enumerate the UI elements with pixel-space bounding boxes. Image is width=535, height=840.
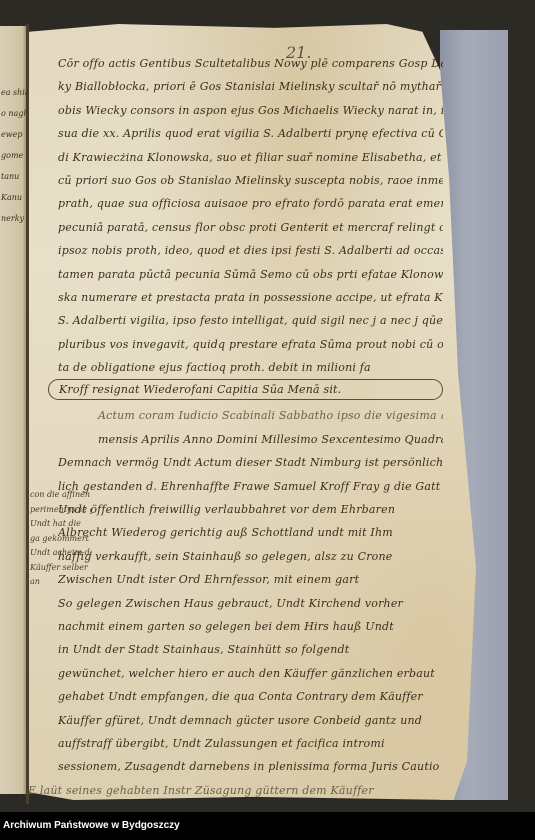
text-line: Zwischen Undt ister Ord Ehrnfessor, mit … — [58, 568, 443, 591]
text-line: prath, quae sua officiosa auisaoe pro ef… — [58, 192, 443, 215]
fragment: ewep — [1, 124, 27, 145]
text-line: Albrecht Wiederog gerichtig auß Schottla… — [58, 521, 443, 544]
margin-note: Undt hat die — [30, 517, 92, 532]
text-line: gehabet Undt empfangen, die qua Conta Co… — [58, 685, 443, 708]
margin-note: an — [30, 575, 92, 590]
text-line: gewünchet, welcher hiero er auch den Käu… — [58, 662, 443, 685]
text-line: E laüt seines gehabten Instr Züsagung gü… — [28, 779, 443, 802]
text-line: Undt öffentlich freiwillig verlaubbahret… — [58, 498, 443, 521]
text-line: ta de obligatione ejus factioq proth. de… — [58, 356, 443, 379]
text-line: ipsoz nobis proth, ideo, quod et dies ip… — [58, 239, 443, 262]
margin-note: ga gekommert — [30, 532, 92, 547]
text-line: di Krawiecżina Klonowska, suo et filiar … — [58, 146, 443, 169]
manuscript-text: Cōr offo actis Gentibus Scultetalibus No… — [58, 52, 443, 802]
text-line: S. Adalberti vigilia, ipso festo intelli… — [58, 309, 443, 332]
manuscript-scan: ea shia o nagha ewep gome tanu Kanu nerk… — [0, 0, 535, 812]
text-line: Actum coram Iudicio Scabinali Sabbatho i… — [58, 404, 443, 427]
margin-note: Käuffer selber — [30, 561, 92, 576]
text-line: haffig verkaufft, sein Stainhauß so gele… — [58, 545, 443, 568]
text-line: auffstraff übergibt, Undt Zulassungen et… — [58, 732, 443, 755]
margin-note: con die affinen — [30, 488, 92, 503]
book-gutter — [26, 24, 29, 804]
text-line: pluribus vos invegavit, quidq prestare e… — [58, 333, 443, 356]
text-line: ky Biallobłocka, priori ē Gos Stanislai … — [58, 75, 443, 98]
fragment: o nagha — [1, 103, 27, 124]
resignation-note: Kroff resignat Wiederofani Capitia Sūa M… — [48, 379, 443, 400]
fragment: gome — [1, 145, 27, 166]
text-line: obis Wiecky consors in aspon ejus Gos Mi… — [58, 99, 443, 122]
text-line: tamen parata pūctā pecunia Sūmā Semo cū … — [58, 263, 443, 286]
margin-notes: con die affinen perimentys se ge Undt ha… — [30, 488, 92, 590]
archive-caption: Archiwum Państwowe w Bydgoszczy — [3, 820, 180, 831]
margin-note: perimentys se ge — [30, 503, 92, 518]
text-line: in Undt der Stadt Stainhaus, Stainhütt s… — [58, 638, 443, 661]
text-line: cū priori suo Gos ob Stanislao Mielinsky… — [58, 169, 443, 192]
text-line: Cōr offo actis Gentibus Scultetalibus No… — [58, 52, 443, 75]
caption-bar: Archiwum Państwowe w Bydgoszczy — [0, 812, 535, 840]
text-line: ska numerare et prestacta prata in posse… — [58, 286, 443, 309]
fragment: Kanu — [1, 187, 27, 208]
previous-page-text: ea shia o nagha ewep gome tanu Kanu nerk… — [1, 82, 27, 229]
text-line: nachmit einem garten so gelegen bei dem … — [58, 615, 443, 638]
text-line: lich gestanden d. Ehrenhaffte Frawe Samu… — [58, 475, 443, 498]
text-line: sessionem, Zusagendt darnebens in plenis… — [58, 755, 443, 778]
fragment: ea shia — [1, 82, 27, 103]
margin-note: Undt acheim der — [30, 546, 92, 561]
text-line: sua die xx. Aprilis quod erat vigilia S.… — [58, 122, 443, 145]
previous-page-edge: ea shia o nagha ewep gome tanu Kanu nerk… — [0, 26, 28, 794]
fragment: tanu — [1, 166, 27, 187]
text-line: pecuniā paratā, census flor obsc proti G… — [58, 216, 443, 239]
text-line: Käuffer gfüret, Undt demnach gücter usor… — [58, 709, 443, 732]
fragment: nerky — [1, 208, 27, 229]
text-line: mensis Aprilis Anno Domini Millesimo Sex… — [58, 428, 443, 451]
text-line: Demnach vermög Undt Actum dieser Stadt N… — [58, 451, 443, 474]
text-line: So gelegen Zwischen Haus gebrauct, Undt … — [58, 592, 443, 615]
